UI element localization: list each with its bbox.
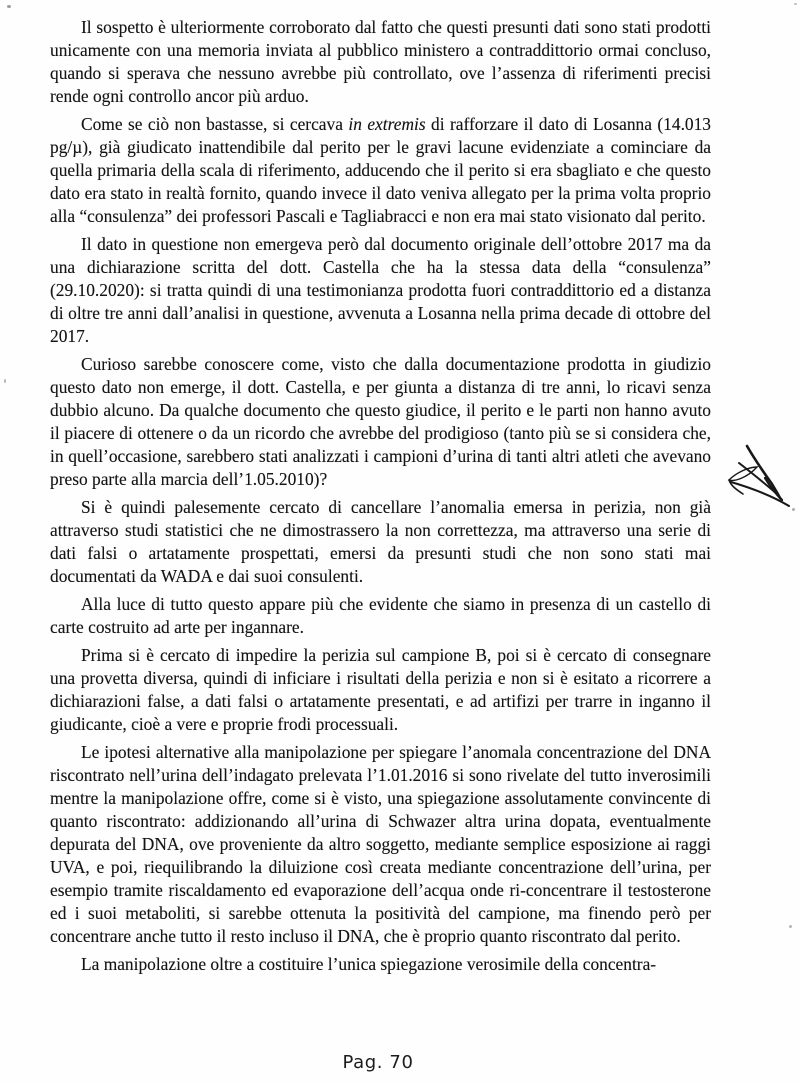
paragraph-2: Come se ciò non bastasse, si cercava in … [50, 113, 711, 228]
scan-speck [7, 5, 11, 8]
paragraph-2-pre: Come se ciò non bastasse, si cercava [81, 114, 348, 134]
paragraph-5: Si è quindi palesemente cercato di cance… [50, 496, 711, 588]
paragraph-1: Il sospetto è ulteriormente corroborato … [50, 16, 711, 108]
scan-speck [792, 508, 795, 511]
paragraph-2-italic: in extremis [348, 114, 425, 134]
page-number: Pag. 70 [0, 1052, 756, 1073]
scan-speck [794, 3, 797, 5]
paragraph-3: Il dato in questione non emergeva però d… [50, 233, 711, 348]
scanned-document-page: Il sospetto è ulteriormente corroborato … [0, 0, 800, 1082]
paragraph-9: La manipolazione oltre a costituire l’un… [50, 953, 711, 976]
paragraph-7: Prima si è cercato di impedire la perizi… [50, 644, 711, 736]
paragraph-8: Le ipotesi alternative alla manipolazion… [50, 741, 711, 948]
scan-speck [4, 379, 6, 383]
paragraph-4: Curioso sarebbe conoscere come, visto ch… [50, 353, 711, 491]
scan-speck [789, 925, 792, 928]
document-text-block: Il sospetto è ulteriormente corroborato … [50, 16, 711, 981]
handwritten-pen-mark [702, 436, 800, 524]
paragraph-6: Alla luce di tutto questo appare più che… [50, 593, 711, 639]
